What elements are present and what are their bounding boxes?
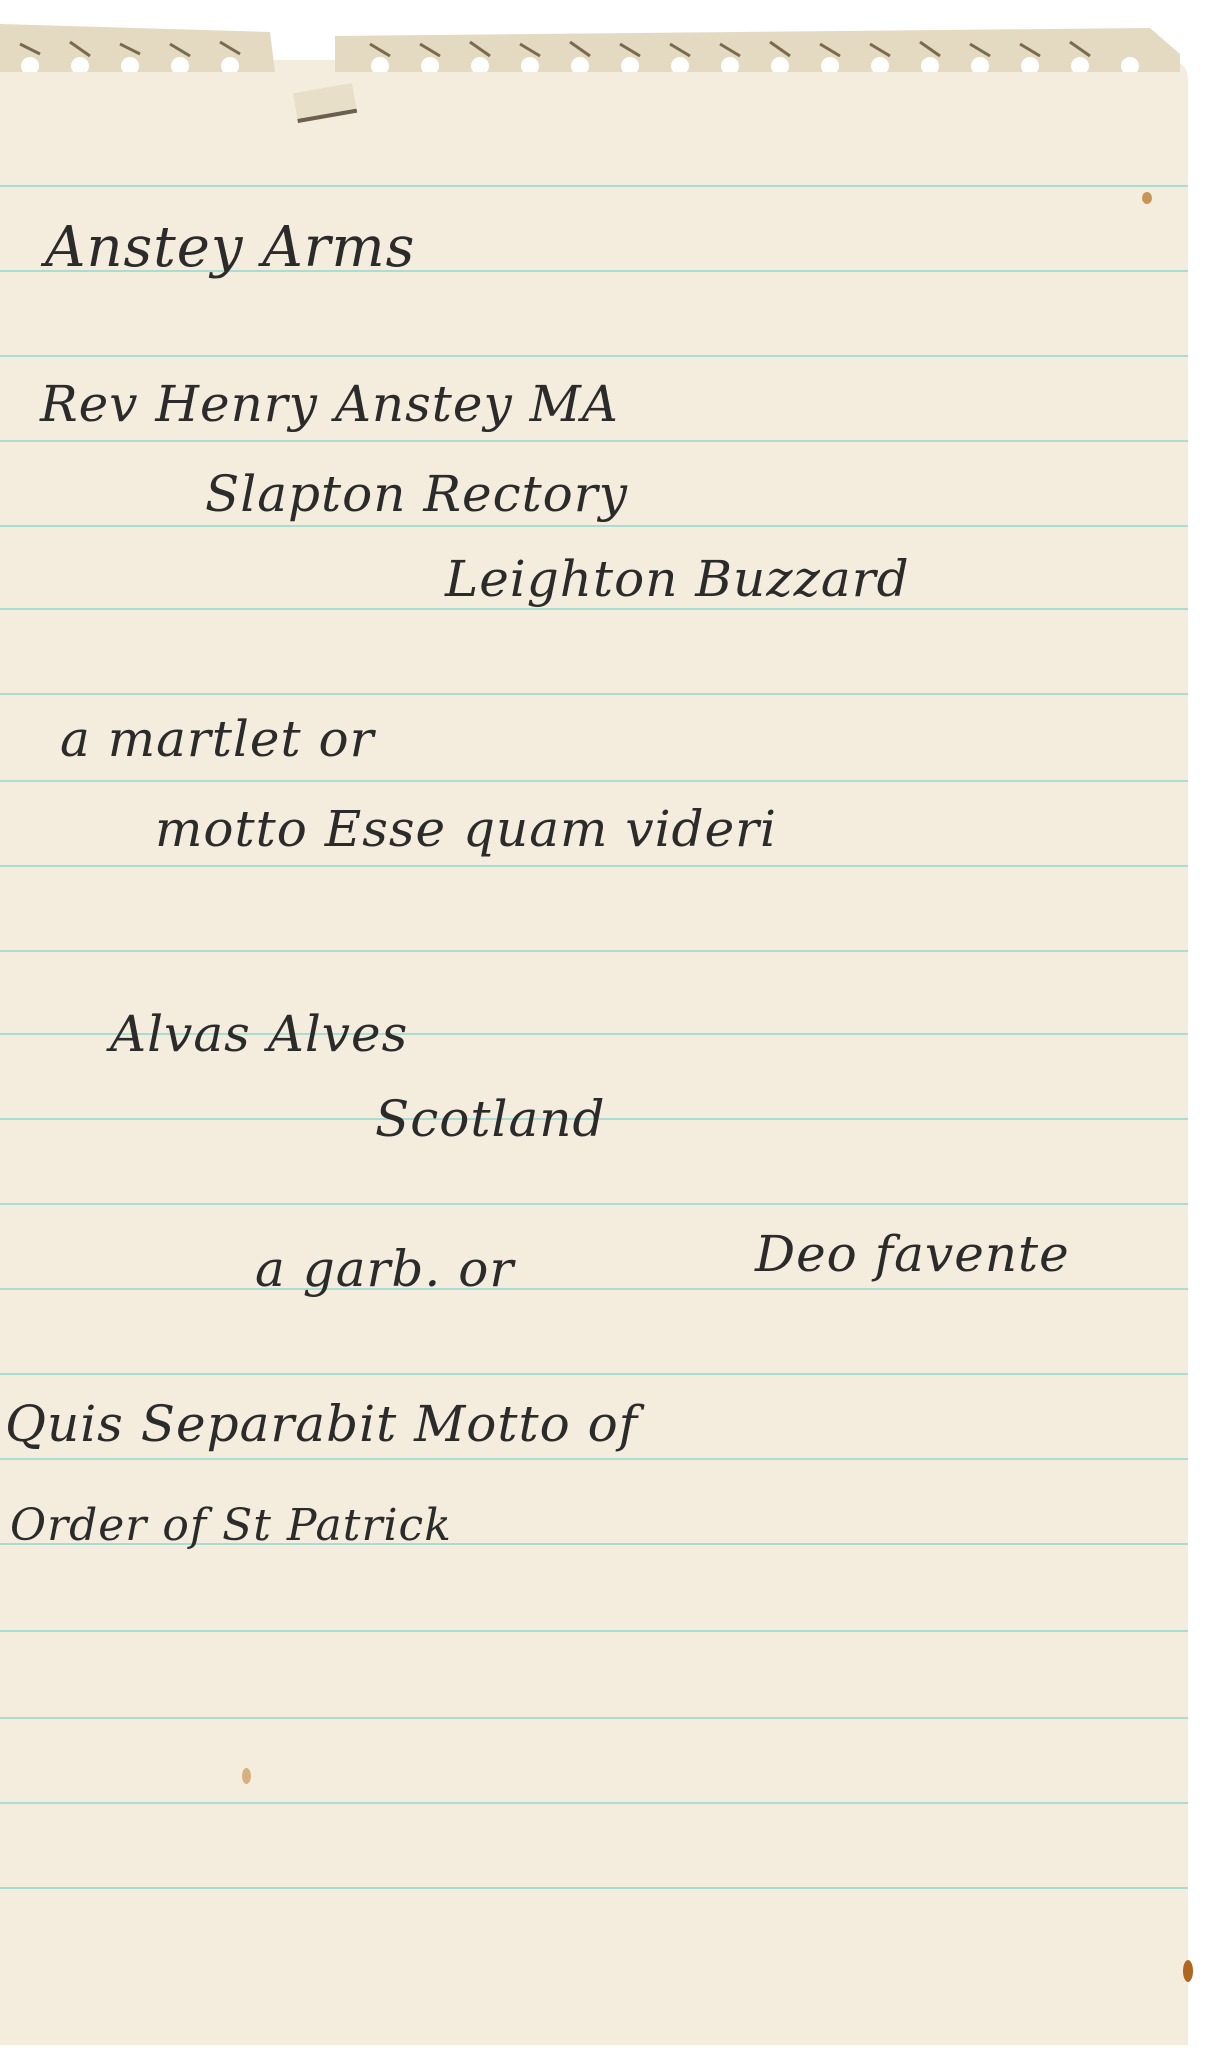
ruled-line bbox=[0, 693, 1188, 695]
ruled-line bbox=[0, 865, 1188, 867]
ruled-line bbox=[0, 780, 1188, 782]
handwritten-heading: Anstey Arms bbox=[45, 215, 415, 280]
handwritten-line: Leighton Buzzard bbox=[445, 550, 910, 608]
ruled-line bbox=[0, 1802, 1188, 1804]
ruled-line bbox=[0, 525, 1188, 527]
handwritten-line: Quis Separabit Motto of bbox=[5, 1395, 638, 1453]
ruled-line bbox=[0, 355, 1188, 357]
handwritten-line: Scotland bbox=[375, 1090, 605, 1148]
handwritten-line: Deo favente bbox=[755, 1225, 1070, 1283]
handwritten-line: Rev Henry Anstey MA bbox=[40, 375, 619, 433]
stain-spot bbox=[1142, 192, 1152, 204]
handwritten-line: Alvas Alves bbox=[110, 1005, 408, 1063]
ruled-line bbox=[0, 1288, 1188, 1290]
stain-spot bbox=[242, 1768, 251, 1784]
ruled-line bbox=[0, 1203, 1188, 1205]
ruled-line bbox=[0, 608, 1188, 610]
ruled-line bbox=[0, 1887, 1188, 1889]
handwritten-line: motto Esse quam videri bbox=[155, 800, 777, 858]
ruled-line bbox=[0, 185, 1188, 187]
perforated-top-edge bbox=[0, 14, 1180, 72]
ruled-line bbox=[0, 950, 1188, 952]
ruled-line bbox=[0, 1717, 1188, 1719]
ruled-line bbox=[0, 1630, 1188, 1632]
stain-spot bbox=[1183, 1960, 1193, 1982]
ruled-line bbox=[0, 1373, 1188, 1375]
handwritten-line: a martlet or bbox=[60, 710, 375, 768]
handwritten-line: Order of St Patrick bbox=[10, 1500, 452, 1551]
handwritten-line: a garb. or bbox=[255, 1240, 514, 1298]
ruled-line bbox=[0, 440, 1188, 442]
ruled-line bbox=[0, 1458, 1188, 1460]
handwritten-line: Slapton Rectory bbox=[205, 465, 628, 523]
